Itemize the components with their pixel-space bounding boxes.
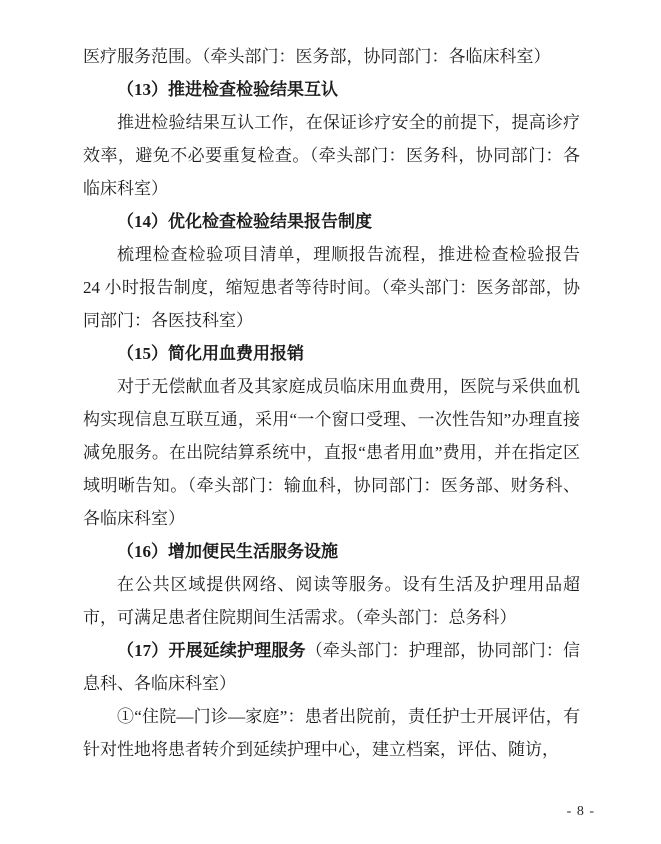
section-heading-13: （13）推进检查检验结果互认 xyxy=(83,73,580,106)
paragraph-continuation: 医疗服务范围。（牵头部门：医务部，协同部门：各临床科室） xyxy=(83,40,580,73)
section-heading-17: （17）开展延续护理服务（牵头部门：护理部，协同部门：信息科、各临床科室） xyxy=(83,634,580,700)
page-number: - 8 - xyxy=(567,804,595,820)
paragraph-section-17-item-1: ①“住院—门诊—家庭”：患者出院前，责任护士开展评估，有针对性地将患者转介到延续… xyxy=(83,700,580,766)
document-page: 医疗服务范围。（牵头部门：医务部，协同部门：各临床科室） （13）推进检查检验结… xyxy=(0,0,661,844)
paragraph-section-14: 梳理检查检验项目清单，理顺报告流程，推进检查检验报告 24 小时报告制度，缩短患… xyxy=(83,238,580,337)
section-heading-16: （16）增加便民生活服务设施 xyxy=(83,535,580,568)
paragraph-section-16: 在公共区域提供网络、阅读等服务。设有生活及护理用品超市，可满足患者住院期间生活需… xyxy=(83,568,580,634)
section-heading-14: （14）优化检查检验结果报告制度 xyxy=(83,205,580,238)
section-heading-15: （15）简化用血费用报销 xyxy=(83,337,580,370)
document-body: 医疗服务范围。（牵头部门：医务部，协同部门：各临床科室） （13）推进检查检验结… xyxy=(83,40,580,766)
paragraph-section-15: 对于无偿献血者及其家庭成员临床用血费用，医院与采供血机构实现信息互联互通，采用“… xyxy=(83,370,580,535)
section-heading-17-bold: （17）开展延续护理服务 xyxy=(117,641,306,660)
paragraph-section-13: 推进检验结果互认工作，在保证诊疗安全的前提下，提高诊疗效率，避免不必要重复检查。… xyxy=(83,106,580,205)
